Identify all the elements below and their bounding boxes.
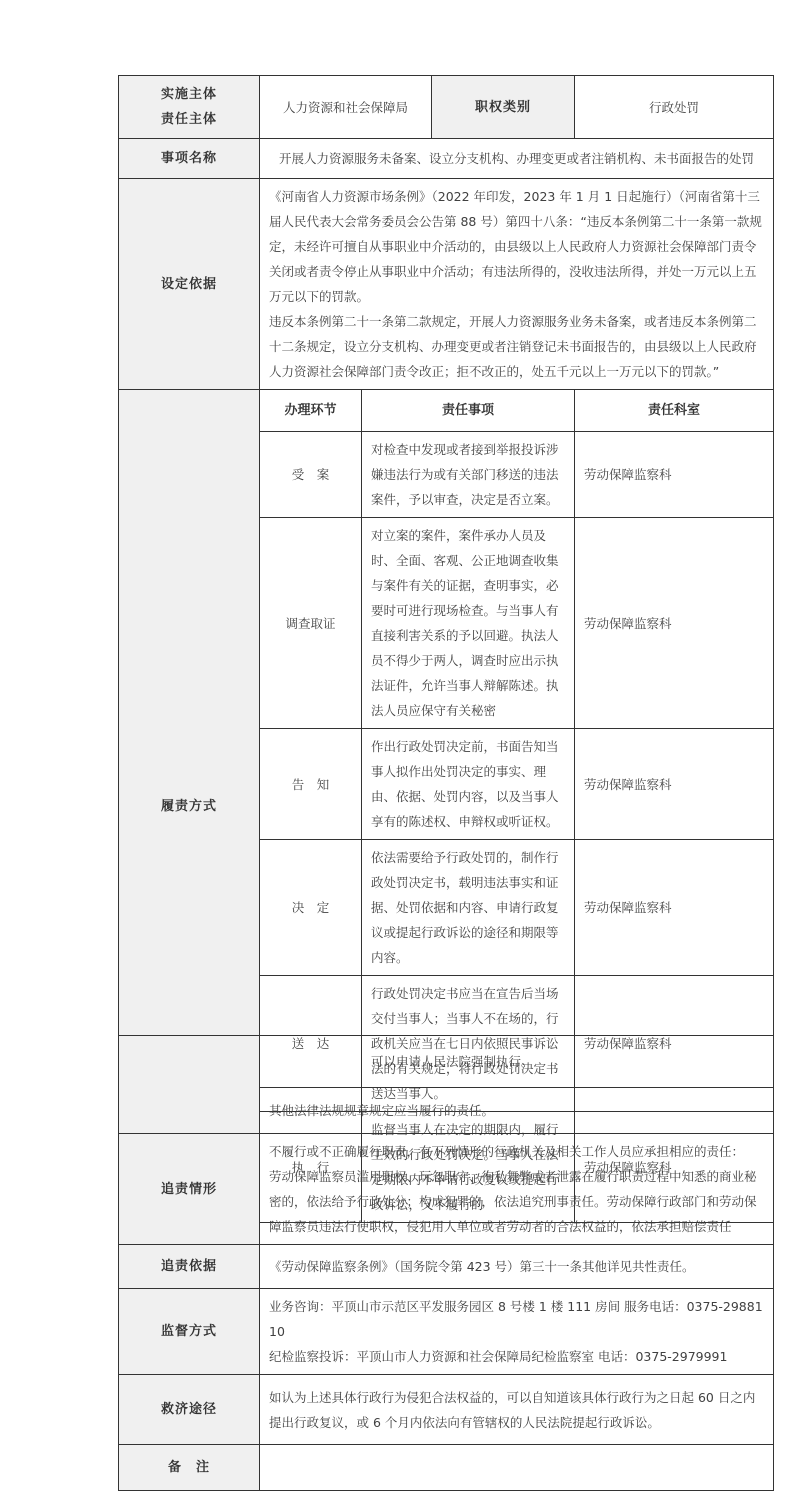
duty-col-step: 办理环节 (260, 390, 362, 432)
remark-value-cell (260, 1445, 774, 1491)
duty-label-cell-empty (119, 1036, 260, 1134)
duty-dept: 劳动保障监察科 (575, 729, 774, 840)
duty-dept-empty (575, 1036, 774, 1088)
category-value-cell: 行政处罚 (575, 76, 774, 139)
duty-col-dept: 责任科室 (575, 390, 774, 432)
supervision-line1: 业务咨询：平顶山市示范区平发服务园区 8 号楼 1 楼 111 房间 服务电话：… (269, 1294, 764, 1344)
duty-step: 调查取证 (260, 518, 362, 729)
remark-label-cell: 备 注 (119, 1445, 260, 1491)
item-label-cell: 事项名称 (119, 139, 260, 179)
duty-step: 告 知 (260, 729, 362, 840)
basis-label-cell: 设定依据 (119, 179, 260, 390)
supervision-row: 监督方式 业务咨询：平顶山市示范区平发服务园区 8 号楼 1 楼 111 房间 … (119, 1289, 774, 1375)
subject-label-line1: 实施主体 (120, 82, 258, 107)
remedy-value-cell: 如认为上述具体行政行为侵犯合法权益的，可以自知道该具体行政行为之日起 60 日之… (260, 1375, 774, 1445)
supervision-line2: 纪检监察投诉：平顶山市人力资源和社会保障局纪检监察室 电话：0375-29799… (269, 1344, 764, 1369)
category-label-cell: 职权类别 (432, 76, 575, 139)
accountability-intro: 不履行或不正确履行职责，有下列情形的行政机关及相关工作人员应承担相应的责任： (269, 1139, 764, 1164)
duty-list-table-continued: 可以申请人民法院强制执行。 其他法律法规规章规定应当履行的责任。 追责情形 不履… (118, 1035, 774, 1491)
accountability-value-cell: 不履行或不正确履行职责，有下列情形的行政机关及相关工作人员应承担相应的责任： 劳… (260, 1134, 774, 1245)
subject-label-line2: 责任主体 (120, 107, 258, 132)
duty-task: 依法需要给予行政处罚的，制作行政处罚决定书，载明违法事实和证据、处罚依据和内容、… (362, 840, 575, 976)
remedy-label-cell: 救济途径 (119, 1375, 260, 1445)
subject-value-cell: 人力资源和社会保障局 (260, 76, 432, 139)
accountability-detail: 劳动保障监察员滥用职权、玩忽职守、徇私舞弊或者泄露在履行职责过程中知悉的商业秘密… (269, 1164, 764, 1239)
duty-step-empty (260, 1036, 362, 1088)
duty-row-execute-continued: 可以申请人民法院强制执行。 (119, 1036, 774, 1088)
duty-task: 对检查中发现或者接到举报投诉涉嫌违法行为或有关部门移送的违法案件，予以审查，决定… (362, 432, 575, 518)
accountability-basis-label-cell: 追责依据 (119, 1245, 260, 1289)
basis-value-cell: 《河南省人力资源市场条例》（2022 年印发，2023 年 1 月 1 日起施行… (260, 179, 774, 390)
accountability-basis-value-cell: 《劳动保障监察条例》（国务院令第 423 号）第三十一条其他详见共性责任。 (260, 1245, 774, 1289)
duty-dept: 劳动保障监察科 (575, 518, 774, 729)
duty-col-task: 责任事项 (362, 390, 575, 432)
accountability-basis-row: 追责依据 《劳动保障监察条例》（国务院令第 423 号）第三十一条其他详见共性责… (119, 1245, 774, 1289)
accountability-label-cell: 追责情形 (119, 1134, 260, 1245)
page: 实施主体 责任主体 人力资源和社会保障局 职权类别 行政处罚 事项名称 开展人力… (0, 0, 793, 1493)
accountability-row: 追责情形 不履行或不正确履行职责，有下列情形的行政机关及相关工作人员应承担相应的… (119, 1134, 774, 1245)
other-duty-cell: 其他法律法规规章规定应当履行的责任。 (260, 1088, 774, 1134)
subject-label-cell: 实施主体 责任主体 (119, 76, 260, 139)
supervision-value-cell: 业务咨询：平顶山市示范区平发服务园区 8 号楼 1 楼 111 房间 服务电话：… (260, 1289, 774, 1375)
duty-step: 受 案 (260, 432, 362, 518)
supervision-label-cell: 监督方式 (119, 1289, 260, 1375)
table-row: 实施主体 责任主体 人力资源和社会保障局 职权类别 行政处罚 (119, 76, 774, 139)
table-row: 设定依据 《河南省人力资源市场条例》（2022 年印发，2023 年 1 月 1… (119, 179, 774, 390)
basis-paragraph-1: 《河南省人力资源市场条例》（2022 年印发，2023 年 1 月 1 日起施行… (269, 184, 764, 309)
duty-task: 作出行政处罚决定前，书面告知当事人拟作出处罚决定的事实、理由、依据、处罚内容，以… (362, 729, 575, 840)
duty-dept: 劳动保障监察科 (575, 840, 774, 976)
duty-header-row: 履责方式 办理环节 责任事项 责任科室 (119, 390, 774, 432)
remark-row: 备 注 (119, 1445, 774, 1491)
duty-step: 决 定 (260, 840, 362, 976)
basis-paragraph-2: 违反本条例第二十一条第二款规定，开展人力资源服务业务未备案，或者违反本条例第二十… (269, 309, 764, 384)
table-row: 事项名称 开展人力资源服务未备案、设立分支机构、办理变更或者注销机构、未书面报告… (119, 139, 774, 179)
duty-task-continued: 可以申请人民法院强制执行。 (362, 1036, 575, 1088)
remedy-row: 救济途径 如认为上述具体行政行为侵犯合法权益的，可以自知道该具体行政行为之日起 … (119, 1375, 774, 1445)
item-value-cell: 开展人力资源服务未备案、设立分支机构、办理变更或者注销机构、未书面报告的处罚 (260, 139, 774, 179)
duty-dept: 劳动保障监察科 (575, 432, 774, 518)
duty-task: 对立案的案件，案件承办人员及时、全面、客观、公正地调查收集与案件有关的证据，查明… (362, 518, 575, 729)
